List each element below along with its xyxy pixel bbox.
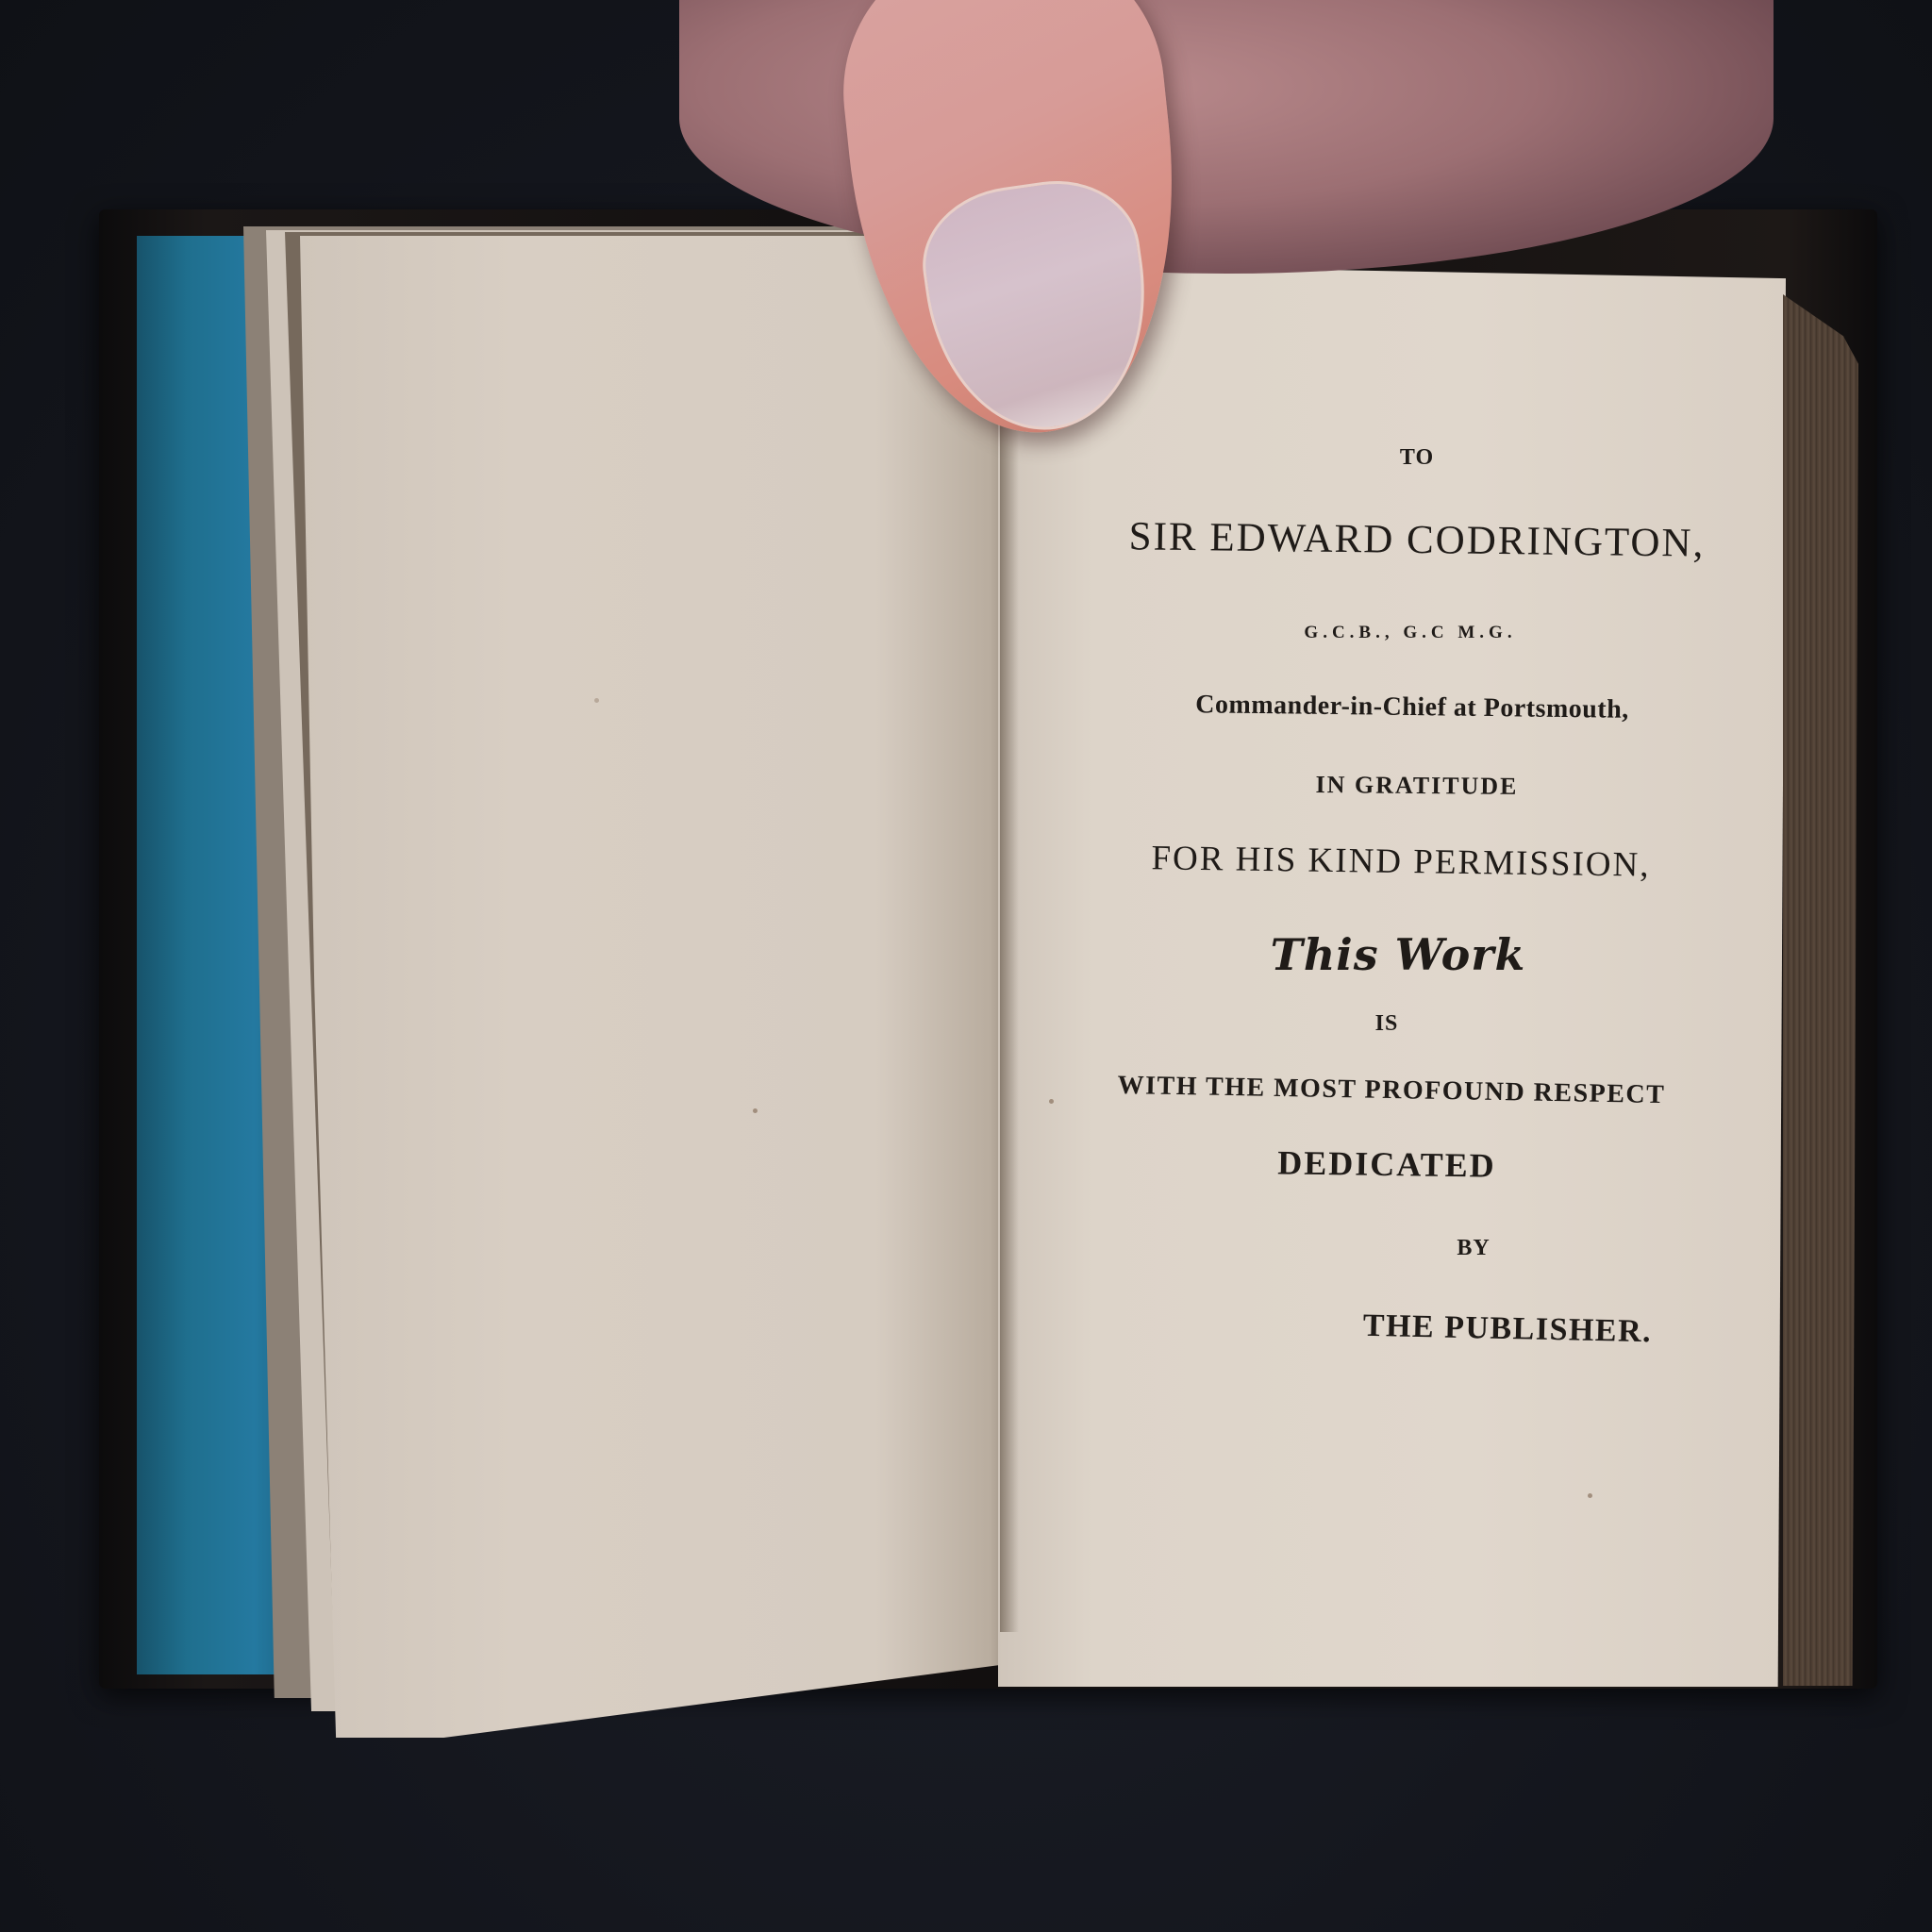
foxing-speck [594,698,599,703]
dedication-gratitude: IN GRATITUDE [1315,771,1518,801]
foxing-speck [1588,1493,1592,1498]
foxing-speck [1049,1099,1054,1104]
dedicatee-honours: G.C.B., G.C M.G. [1304,623,1516,643]
dedicatee-title: Commander-in-Chief at Portsmouth, [1195,690,1629,725]
right-fore-edge [1783,294,1858,1686]
left-page-blank [300,236,1019,1738]
dedication-dedicated: DEDICATED [1277,1142,1496,1185]
dedication-publisher: THE PUBLISHER. [1362,1308,1652,1350]
dedication-is: IS [1375,1011,1399,1037]
book-gutter [1000,406,1019,1632]
foxing-speck [753,1108,758,1113]
dedication-by: BY [1457,1236,1490,1261]
dedication-to: TO [1400,445,1434,471]
dedication-permission: FOR HIS KIND PERMISSION, [1151,838,1651,885]
dedication-this-work: This Work [1271,929,1526,980]
dedicatee-name: SIR EDWARD CODRINGTON, [1128,513,1705,566]
